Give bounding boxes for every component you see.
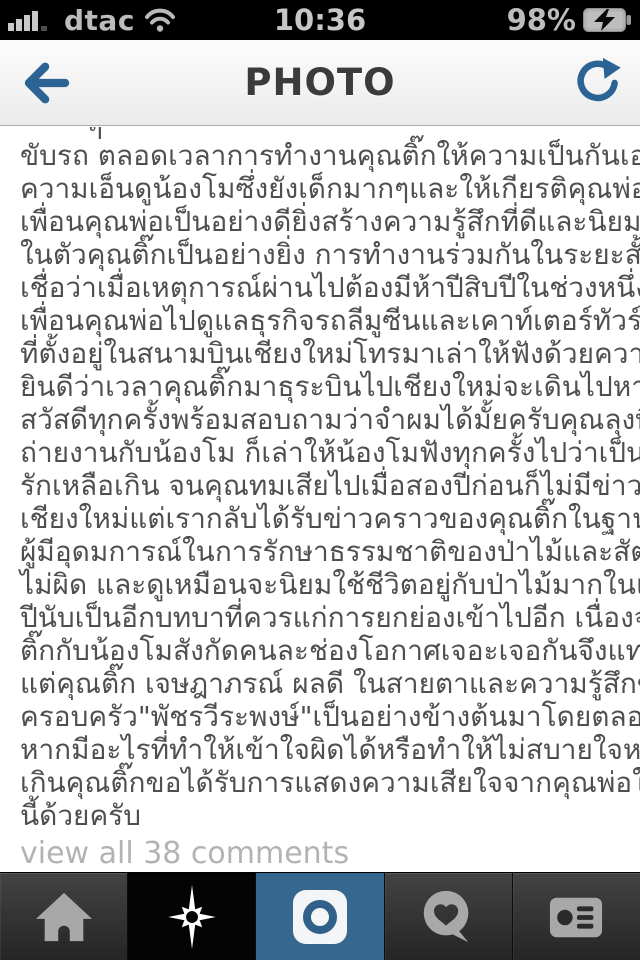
- tab-home[interactable]: [0, 873, 128, 960]
- caption-line: เชื่อว่าเมื่อเหตุการณ์ผ่านไปต้องมีห้าปีส…: [20, 271, 622, 304]
- camera-icon: [293, 890, 347, 944]
- tab-explore[interactable]: [128, 873, 256, 960]
- caption-line: ไม่ผิด และดูเหมือนจะนิยมใช้ชีวิตอยู่กับป…: [20, 568, 622, 601]
- status-left-group: dtac: [8, 4, 177, 37]
- nav-bar: PHOTO: [0, 40, 640, 126]
- view-all-comments-link[interactable]: view all 38 comments: [0, 832, 640, 871]
- compass-star-icon: [159, 884, 225, 950]
- caption-line: สวัสดีทุกครั้งพร้อมสอบถามว่าจำผมได้มั้ยค…: [20, 403, 622, 436]
- caption-line: รักเหลือเกิน จนคุณทมเสียไปเมื่อสองปีก่อน…: [20, 469, 622, 502]
- tab-profile[interactable]: [513, 873, 640, 960]
- caption-line: นี้ด้วยครับ: [20, 799, 622, 832]
- caption-line: เชียงใหม่แต่เรากลับได้รับข่าวคราวของคุณต…: [20, 502, 622, 535]
- back-arrow-icon: [18, 58, 76, 108]
- caption-line: เกินคุณติ๊กขอได้รับการแสดงความเสียใจจากค…: [20, 766, 622, 799]
- camera-lens-ring: [303, 900, 337, 934]
- tab-news[interactable]: [385, 873, 513, 960]
- clipped-line-fragment: ๆ: [0, 127, 640, 139]
- home-icon: [33, 889, 95, 945]
- caption-line: ที่ตั้งอยู่ในสนามบินเชียงใหม่โทรมาเล่าให…: [20, 337, 622, 370]
- caption-line: ในตัวคุณติ๊กเป็นอย่างยิ่ง การทำงานร่วมกั…: [20, 238, 622, 271]
- caption-line: ขับรถ ตลอดเวลาการทำงานคุณติ๊กให้ความเป็น…: [20, 139, 622, 172]
- profile-card-icon: [545, 889, 607, 945]
- page-title: PHOTO: [244, 61, 395, 104]
- status-right-group: 98%: [507, 3, 632, 37]
- caption-line: ผู้มีอุดมการณ์ในการรักษาธรรมชาติของป่าไม…: [20, 535, 622, 568]
- tab-bar: [0, 872, 640, 960]
- post-caption-area: ๆ ขับรถ ตลอดเวลาการทำงานคุณติ๊กให้ความเป…: [0, 127, 640, 872]
- phone-screen: dtac 10:36 98% PHOTO: [0, 0, 640, 960]
- caption-line: ถ่ายงานกับน้องโม ก็เล่าให้น้องโมฟังทุกคร…: [20, 436, 622, 469]
- clock-label: 10:36: [274, 3, 366, 37]
- caption-line: ติ๊กกับน้องโมสังกัดคนละช่องโอกาศเจอะเจอก…: [20, 634, 622, 667]
- refresh-icon: [572, 56, 624, 110]
- clipped-caption-fragment: ๆ: [88, 127, 103, 139]
- tab-camera[interactable]: [256, 873, 384, 960]
- caption-line: ยินดีว่าเวลาคุณติ๊กมาธุระบินไปเชียงใหม่จ…: [20, 370, 622, 403]
- caption-line: เพื่อนคุณพ่อเป็นอย่างดียิ่งสร้างความรู้ส…: [20, 205, 622, 238]
- caption-line: ครอบครัว"พัชรวีระพงษ์"เป็นอย่างข้างต้นมา…: [20, 700, 622, 733]
- caption-line: เพื่อนคุณพ่อไปดูแลธุรกิจรถลีมูซีนและเคาท…: [20, 304, 622, 337]
- caption-line: แต่คุณติ๊ก เจษฎาภรณ์ ผลดี ในสายตาและความ…: [20, 667, 622, 700]
- battery-charging-icon: [582, 7, 632, 33]
- caption-text: ขับรถ ตลอดเวลาการทำงานคุณติ๊กให้ความเป็น…: [0, 139, 640, 832]
- heart-bubble-icon: [417, 886, 479, 948]
- refresh-button[interactable]: [572, 40, 624, 126]
- status-bar: dtac 10:36 98%: [0, 0, 640, 40]
- battery-percent-label: 98%: [507, 3, 576, 37]
- caption-line: หากมีอะไรที่ทำให้เข้าใจผิดได้หรือทำให้ไม…: [20, 733, 622, 766]
- carrier-label: dtac: [64, 4, 135, 37]
- back-button[interactable]: [18, 40, 76, 126]
- caption-line: ความเอ็นดูน้องโมซึ่งยังเด็กมากๆและให้เกี…: [20, 172, 622, 205]
- caption-line: ปีนับเป็นอีกบทบาที่ควรแก่การยกย่องเข้าไป…: [20, 601, 622, 634]
- signal-strength-icon: [8, 8, 56, 32]
- wifi-icon: [143, 7, 177, 33]
